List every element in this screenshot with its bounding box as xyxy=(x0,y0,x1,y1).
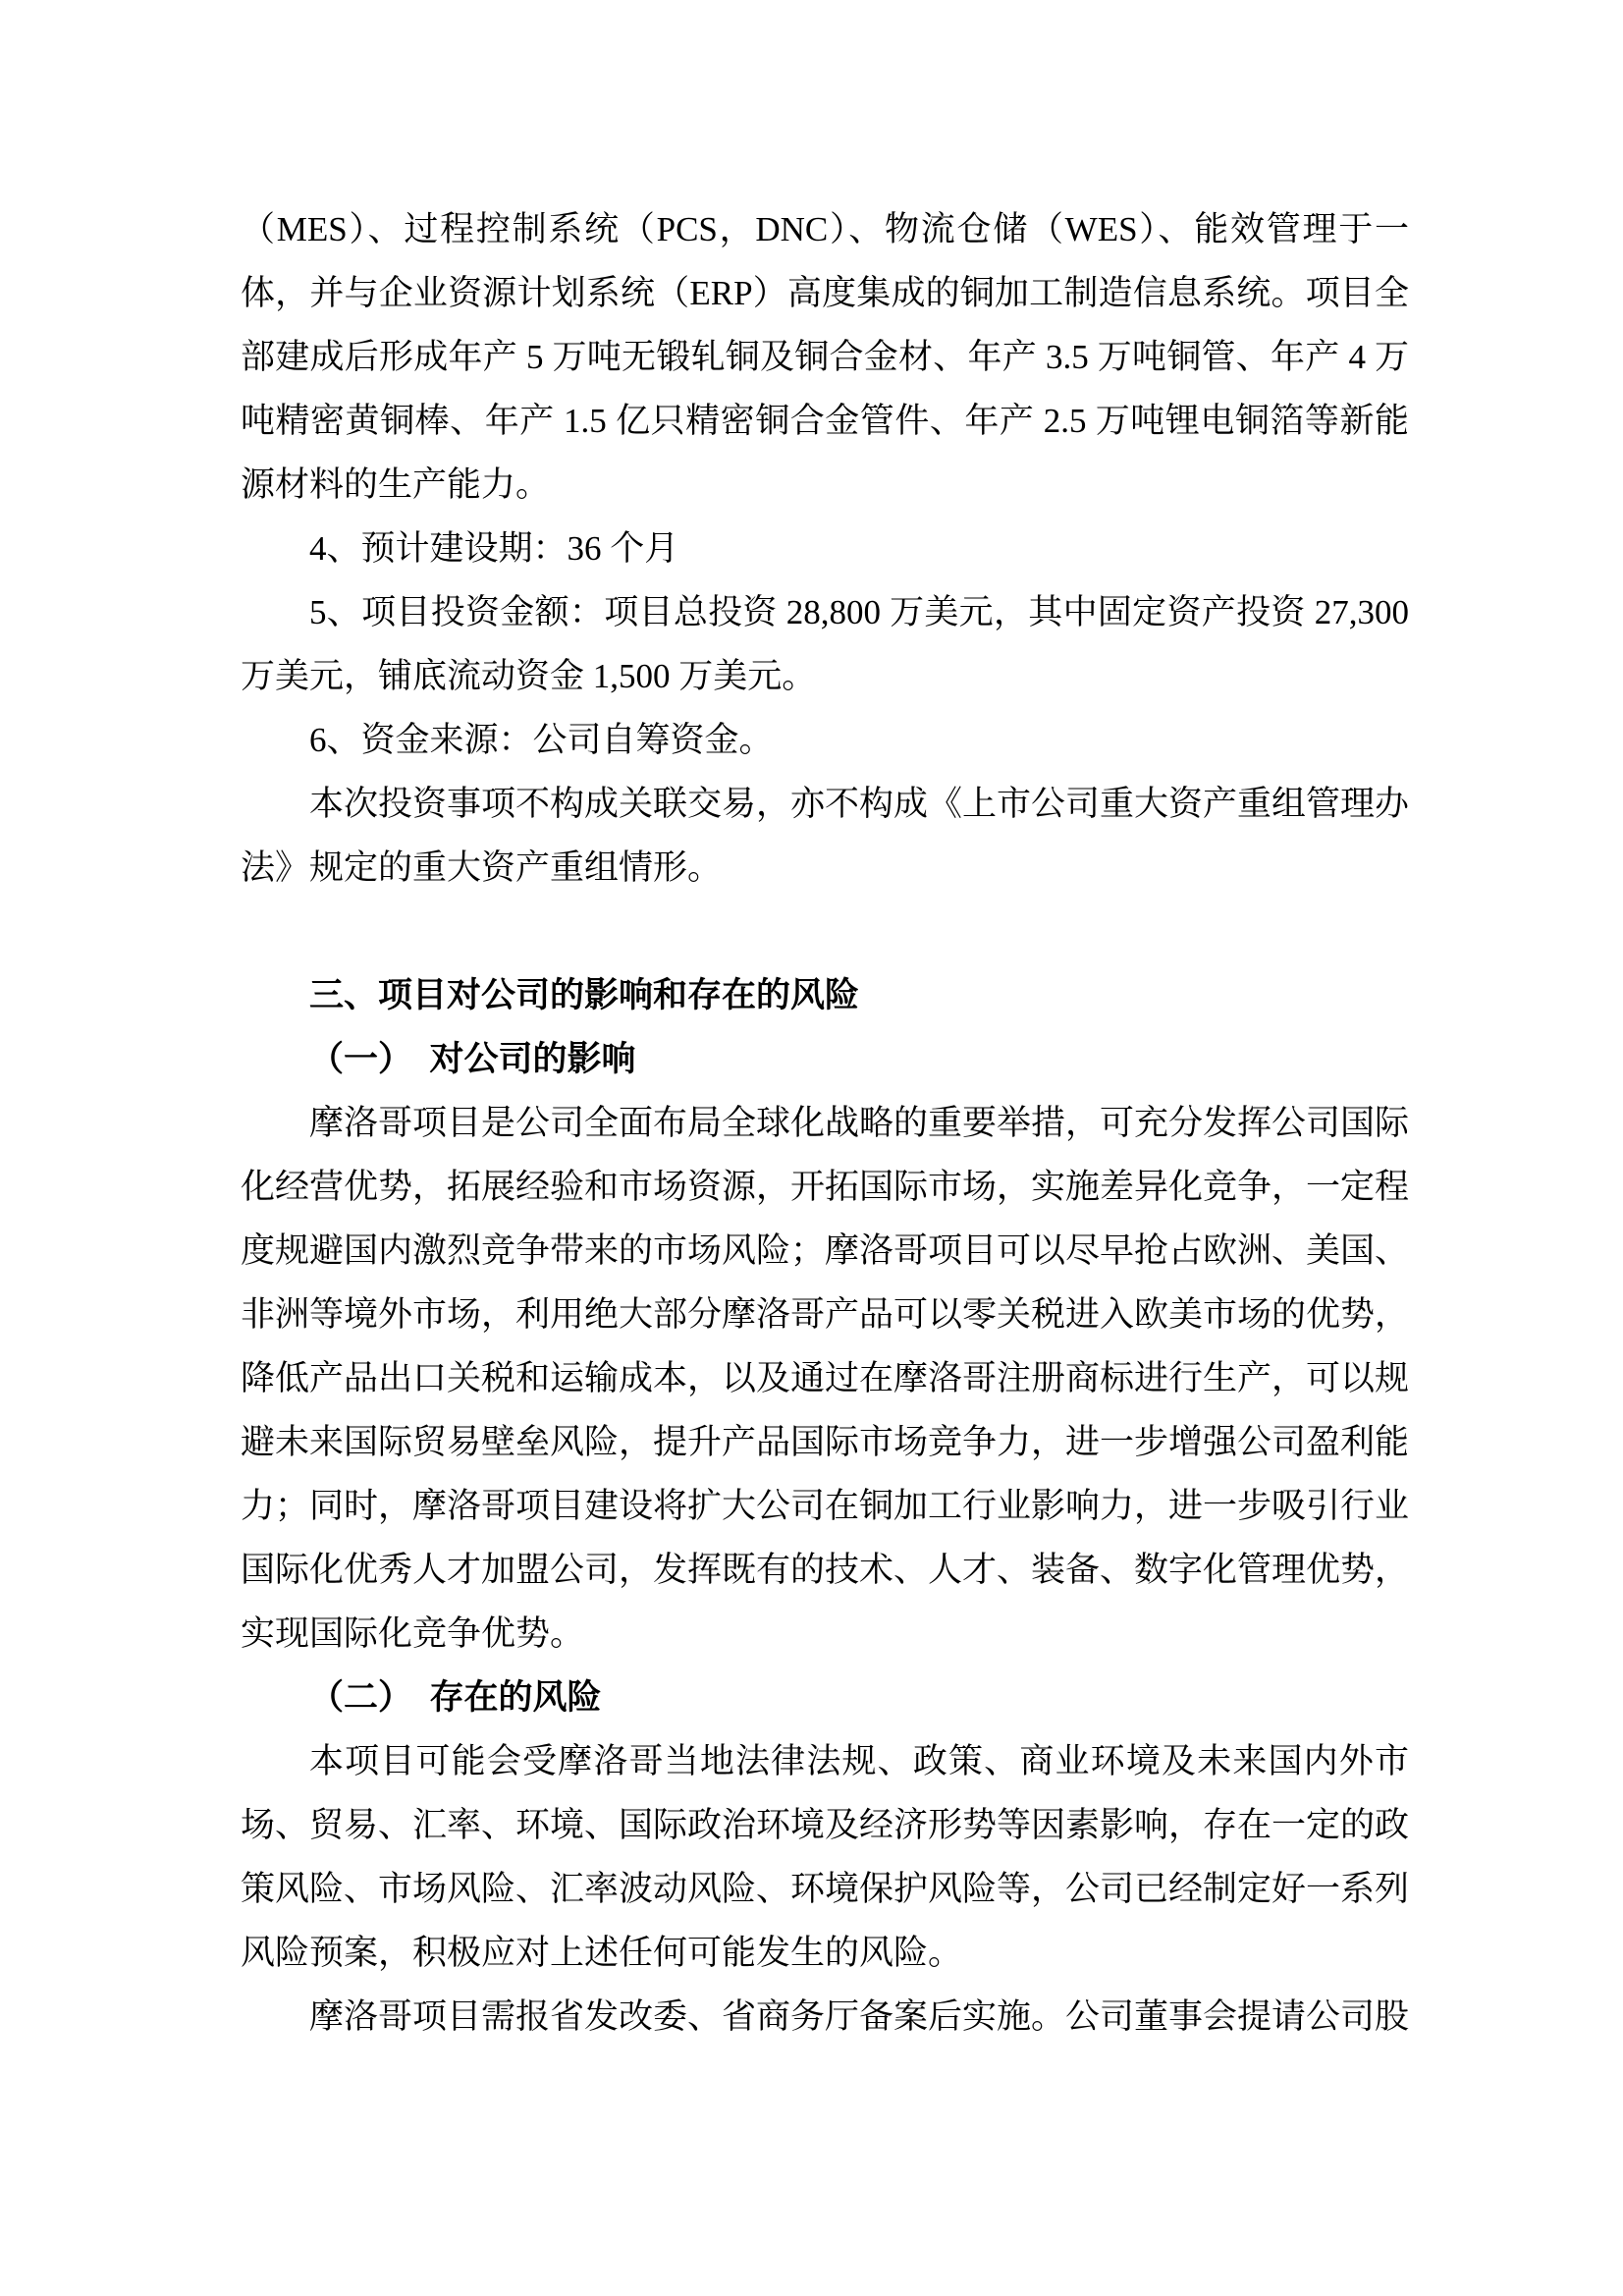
paragraph-impact-on-company: 摩洛哥项目是公司全面布局全球化战略的重要举措，可充分发挥公司国际化经营优势，拓展… xyxy=(241,1091,1409,1666)
paragraph-existing-risks: 本项目可能会受摩洛哥当地法律法规、政策、商业环境及未来国内外市场、贸易、汇率、环… xyxy=(241,1729,1409,1985)
subsection-heading-existing-risks: （二） 存在的风险 xyxy=(241,1666,1409,1729)
subsection-heading-impact-on-company: （一） 对公司的影响 xyxy=(241,1027,1409,1091)
document-page: （MES）、过程控制系统（PCS，DNC）、物流仓储（WES）、能效管理于一体，… xyxy=(0,0,1623,2296)
paragraph-related-transaction-note: 本次投资事项不构成关联交易，亦不构成《上市公司重大资产重组管理办法》规定的重大资… xyxy=(241,772,1409,900)
section-heading-impact-and-risk: 三、项目对公司的影响和存在的风险 xyxy=(241,963,1409,1027)
paragraph-capacity-continuation: （MES）、过程控制系统（PCS，DNC）、物流仓储（WES）、能效管理于一体，… xyxy=(241,197,1409,517)
list-item-investment-amount: 5、项目投资金额：项目总投资 28,800 万美元，其中固定资产投资 27,30… xyxy=(241,580,1409,708)
list-item-construction-period: 4、预计建设期：36 个月 xyxy=(241,517,1409,580)
list-item-funding-source: 6、资金来源：公司自筹资金。 xyxy=(241,708,1409,772)
paragraph-filing-requirement: 摩洛哥项目需报省发改委、省商务厅备案后实施。公司董事会提请公司股 xyxy=(241,1985,1409,2049)
